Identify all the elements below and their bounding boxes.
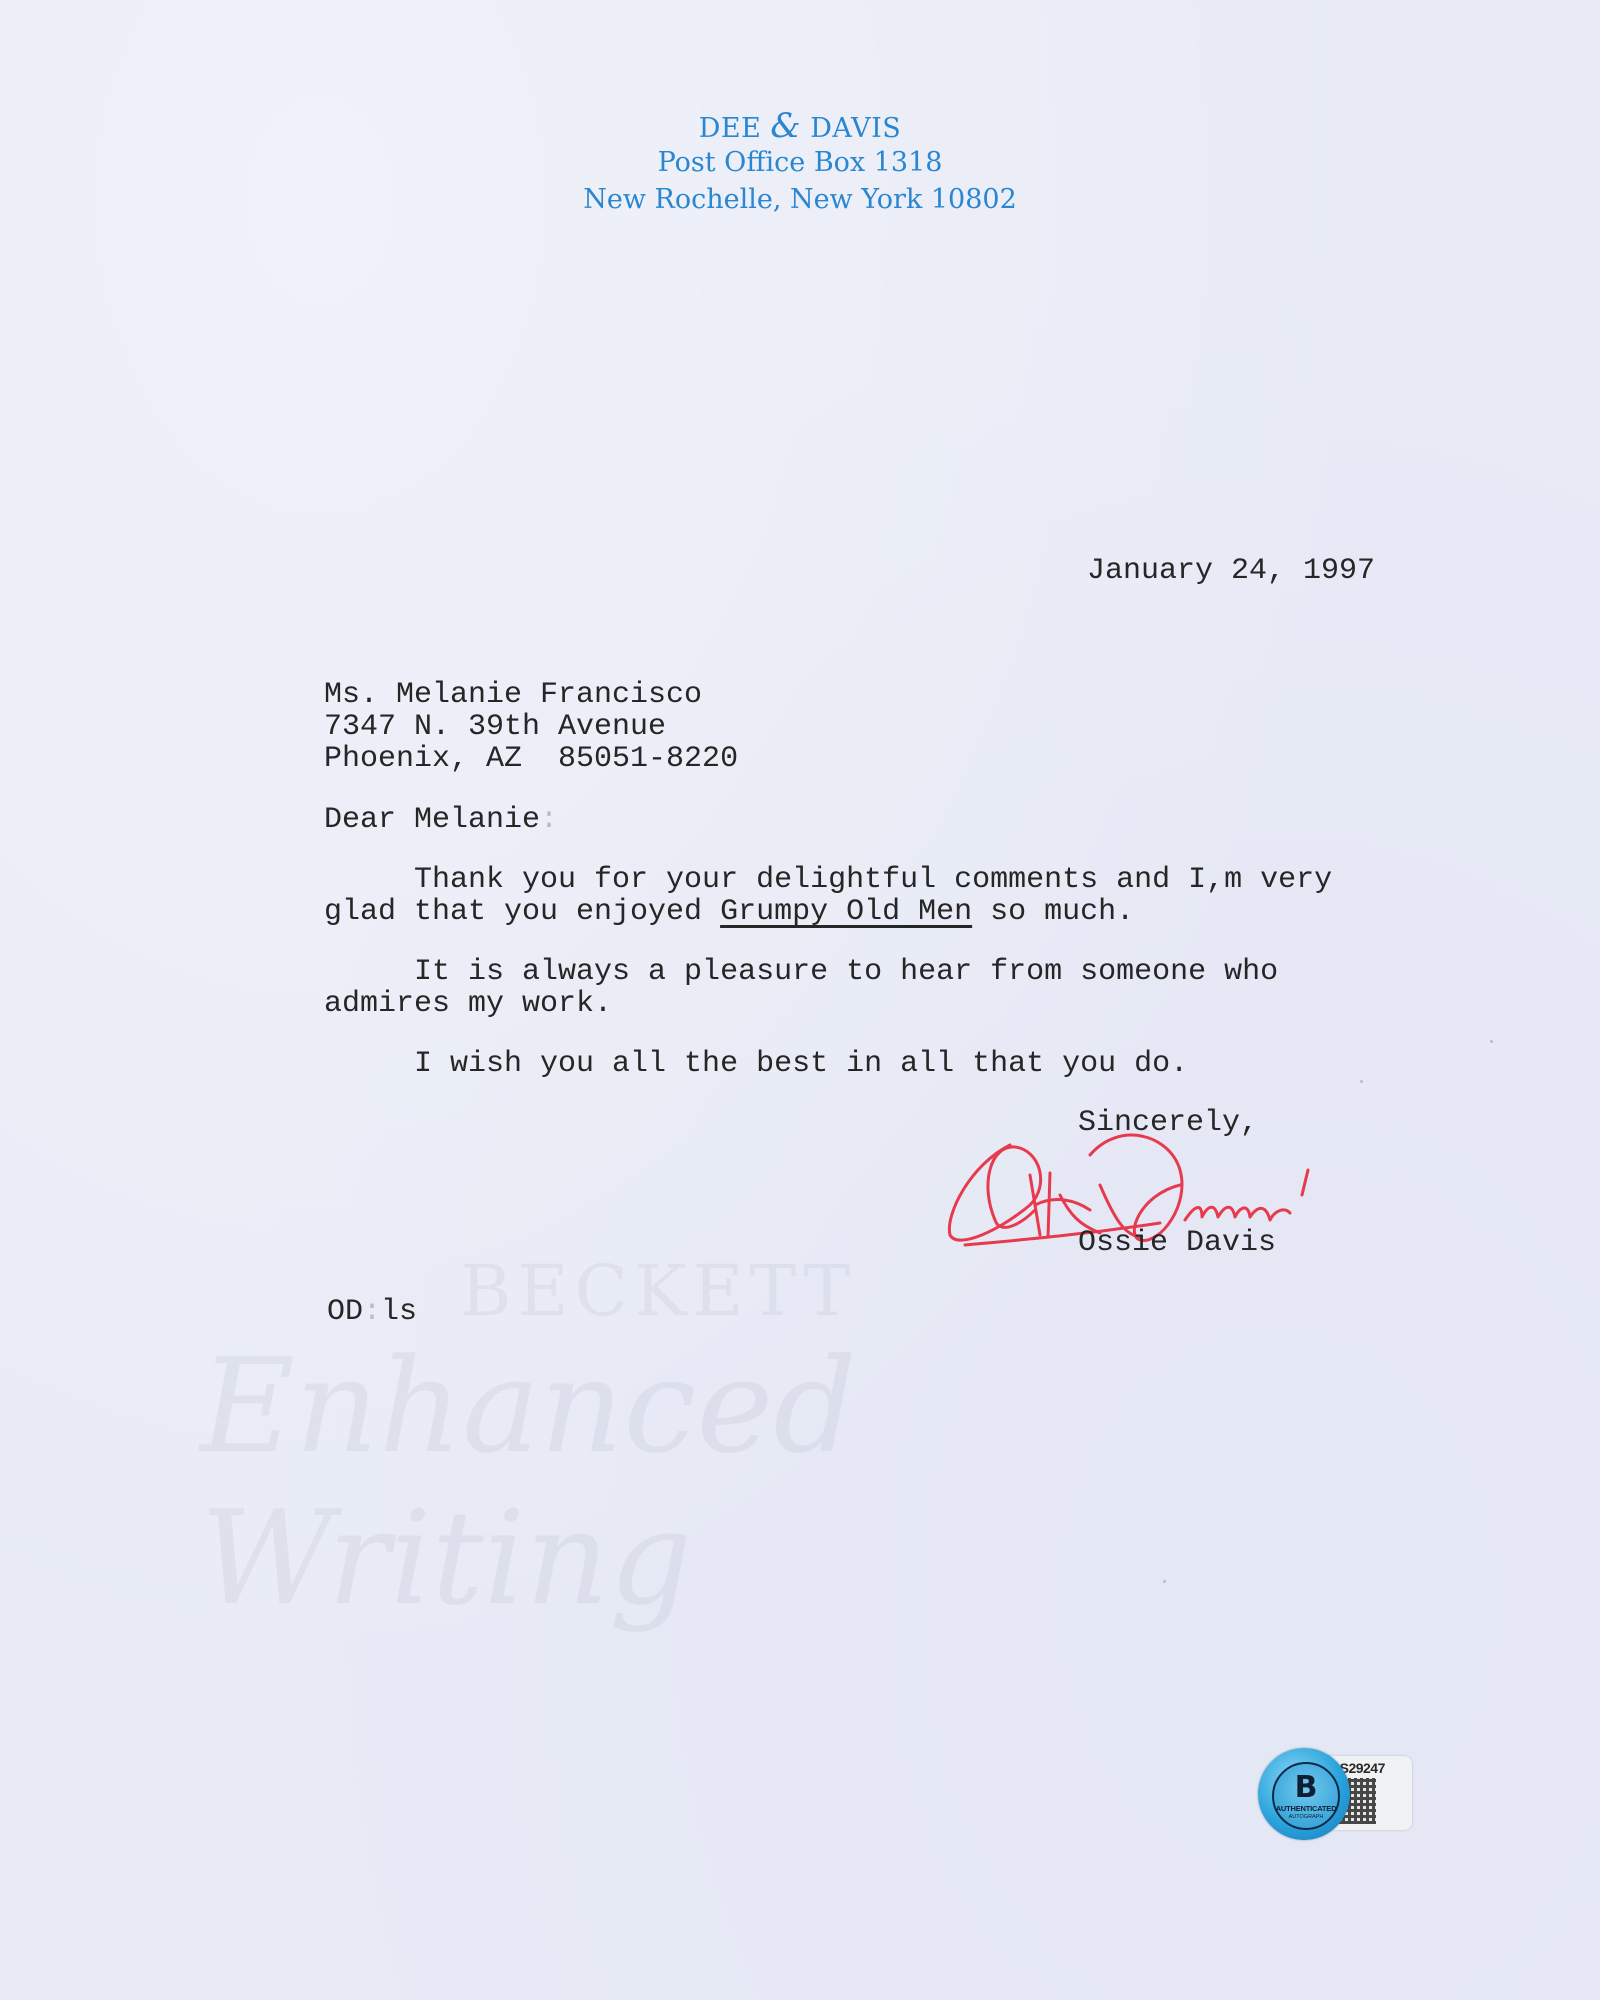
seal-letter: B [1274,1770,1338,1805]
beckett-seal-icon: B AUTHENTICATED AUTOGRAPH [1258,1748,1350,1840]
salutation: Dear Melanie: [324,804,558,836]
seal-text: AUTHENTICATED [1274,1804,1338,1813]
paragraph-2-line-2: admires my work. [324,987,612,1021]
body-paragraph-1: Thank you for your delightful comments a… [324,864,1332,928]
seal-center: B AUTHENTICATED AUTOGRAPH [1272,1762,1340,1830]
recipient-street: 7347 N. 39th Avenue [324,710,666,744]
firm-name-right: DAVIS [810,113,901,144]
letter-page: BECKETT Enhanced Writing DEE & DAVIS Pos… [0,0,1600,2000]
body-paragraph-3: I wish you all the best in all that you … [324,1048,1188,1080]
typist-initials: OD:ls [327,1296,417,1328]
paper-speck [1360,1080,1363,1083]
recipient-address: Ms. Melanie Francisco 7347 N. 39th Avenu… [324,679,738,775]
watermark-bottom: Enhanced Writing [200,1330,1100,1634]
paragraph-1-line-2-post: so much. [972,895,1134,929]
signer-name: Ossie Davis [1078,1227,1276,1259]
paragraph-1-line-2-pre: glad that you enjoyed [324,895,720,929]
film-title: Grumpy Old Men [720,895,972,929]
body-paragraph-2: It is always a pleasure to hear from som… [324,956,1278,1020]
paragraph-2-line-1: It is always a pleasure to hear from som… [324,955,1278,989]
paragraph-1-line-1: Thank you for your delightful comments a… [324,863,1332,897]
letterhead-city: New Rochelle, New York 10802 [0,184,1600,215]
letterhead-firm: DEE & DAVIS [0,106,1600,146]
salutation-punct: : [540,803,558,837]
authentication-sticker: BS29247 B AUTHENTICATED AUTOGRAPH [1258,1748,1458,1840]
seal-subtext: AUTOGRAPH [1274,1814,1338,1820]
letter-date: January 24, 1997 [1087,555,1375,587]
recipient-name: Ms. Melanie Francisco [324,678,702,712]
letterhead-po-box: Post Office Box 1318 [0,147,1600,178]
ampersand-glyph: & [770,106,801,146]
initials-typist: ls [381,1295,417,1329]
paper-speck [1163,1580,1166,1583]
paper-speck [1490,1040,1493,1043]
salutation-text: Dear Melanie [324,803,540,837]
firm-name-left: DEE [699,113,762,144]
initials-separator: : [363,1295,381,1329]
recipient-city: Phoenix, AZ 85051-8220 [324,742,738,776]
initials-author: OD [327,1295,363,1329]
watermark-top: BECKETT [460,1250,856,1332]
